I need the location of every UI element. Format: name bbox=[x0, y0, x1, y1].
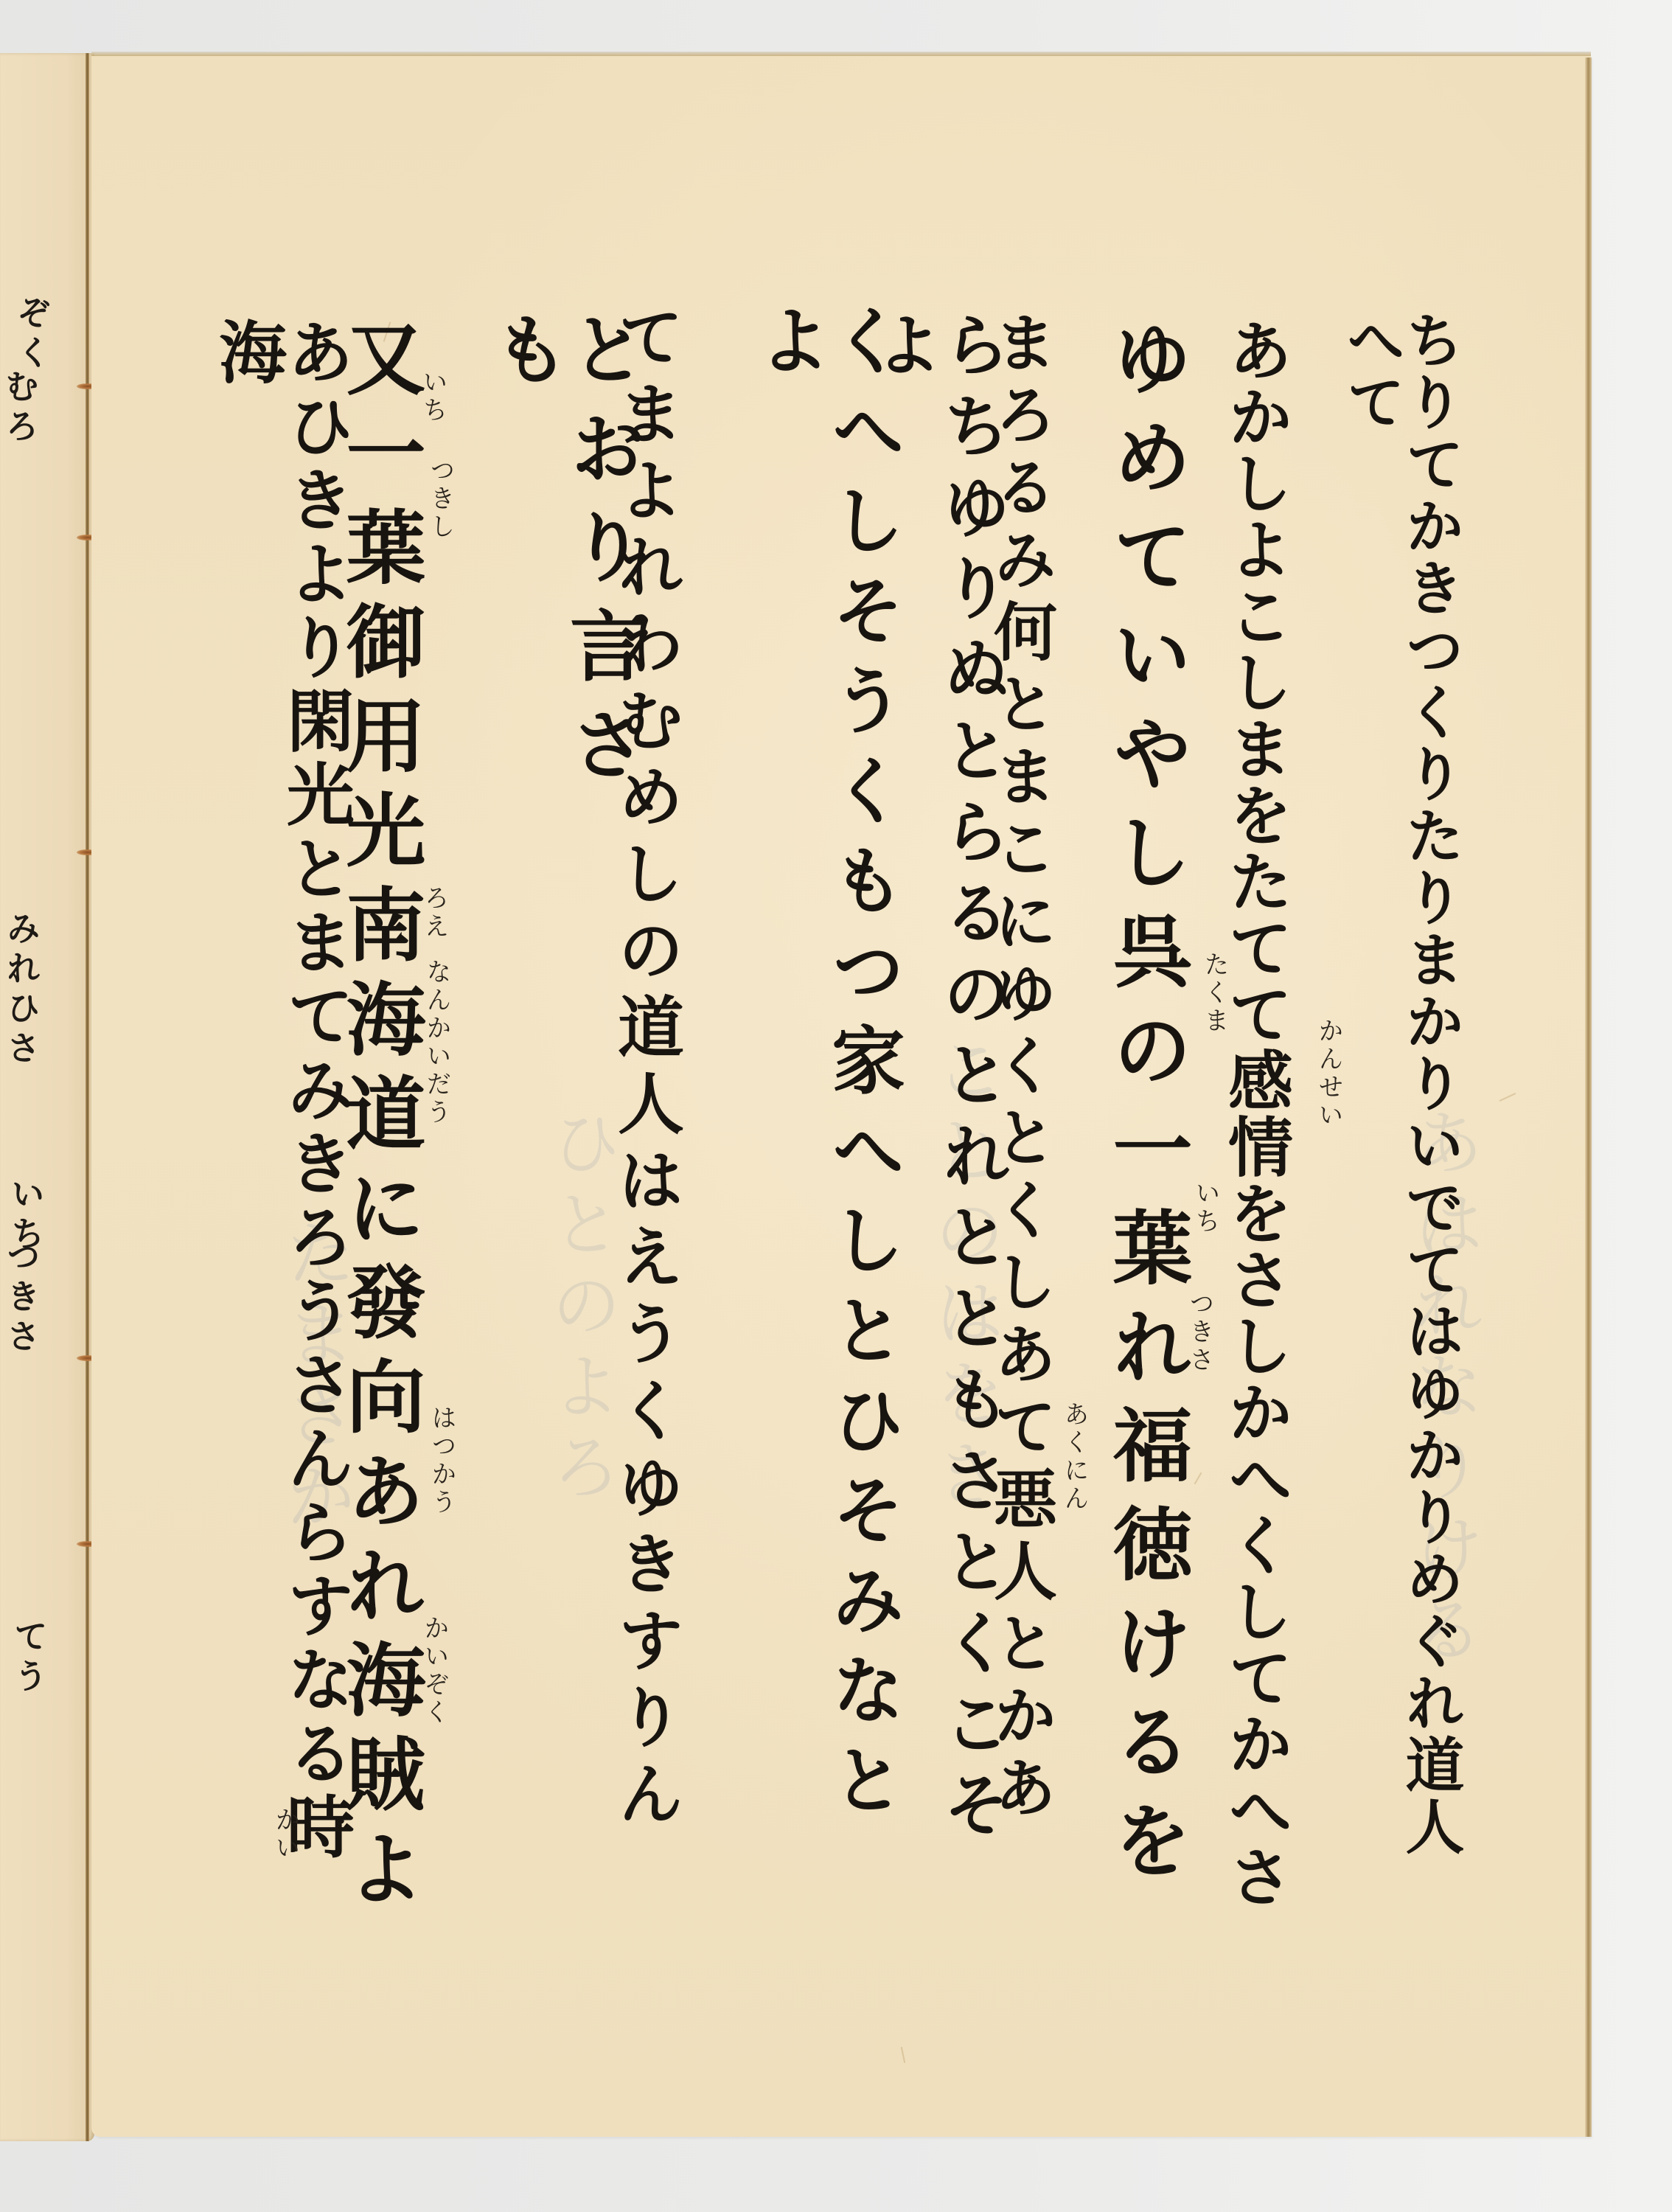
left-page-text-col-6: てう bbox=[12, 1618, 46, 1698]
text-column-6: くへしそうくもつ家へしとひそみなとよ bbox=[752, 302, 899, 1910]
furigana-reading: つきし bbox=[428, 457, 453, 541]
furigana-reading: たくま bbox=[1202, 951, 1227, 1035]
furigana-reading: かい bbox=[273, 1806, 298, 1863]
text-column-1: ちりてかきつくりたりまかりいでてはゆかりめぐれ道人へて bbox=[1342, 310, 1460, 1917]
text-column-8: とおり言さも bbox=[487, 310, 640, 900]
furigana-reading: あくにん bbox=[1062, 1401, 1087, 1513]
left-page-sliver: ぞく むろ みれひさ いち つきさ てう bbox=[0, 53, 94, 2141]
paper-fiber bbox=[1499, 1093, 1516, 1102]
paper-fiber bbox=[1194, 1472, 1202, 1485]
furigana-reading: いち bbox=[1193, 1180, 1218, 1236]
paper-fiber bbox=[901, 2047, 906, 2063]
text-column-3: ゆめていやし呉の一葉れ福徳けるを bbox=[1106, 317, 1185, 1924]
furigana-reading: ろえ bbox=[422, 885, 447, 941]
book-spine-gutter bbox=[86, 53, 89, 2141]
furigana-reading: かいぞく bbox=[422, 1615, 447, 1727]
page-stack-right-edge bbox=[1585, 58, 1592, 2137]
furigana-reading: いち bbox=[420, 369, 445, 425]
text-column-2: あかしよこしまをたてて感情をさしかへくしてかへさ bbox=[1224, 317, 1289, 1924]
furigana-reading: かんせい bbox=[1316, 1018, 1341, 1130]
furigana-reading: なんかいだう bbox=[424, 959, 449, 1127]
text-column-10: あひきより閑光とまてみきろうさんらすなる時海 bbox=[214, 317, 349, 1924]
left-page-text-col-3: みれひさ bbox=[4, 911, 38, 1070]
furigana-reading: つきさ bbox=[1187, 1290, 1212, 1374]
left-page-text-col-5: つきさ bbox=[4, 1239, 38, 1358]
left-page-text-col-2: むろ bbox=[3, 369, 37, 448]
furigana-reading: はつかう bbox=[429, 1405, 454, 1517]
left-page-text-col-1: ぞく bbox=[15, 295, 49, 375]
